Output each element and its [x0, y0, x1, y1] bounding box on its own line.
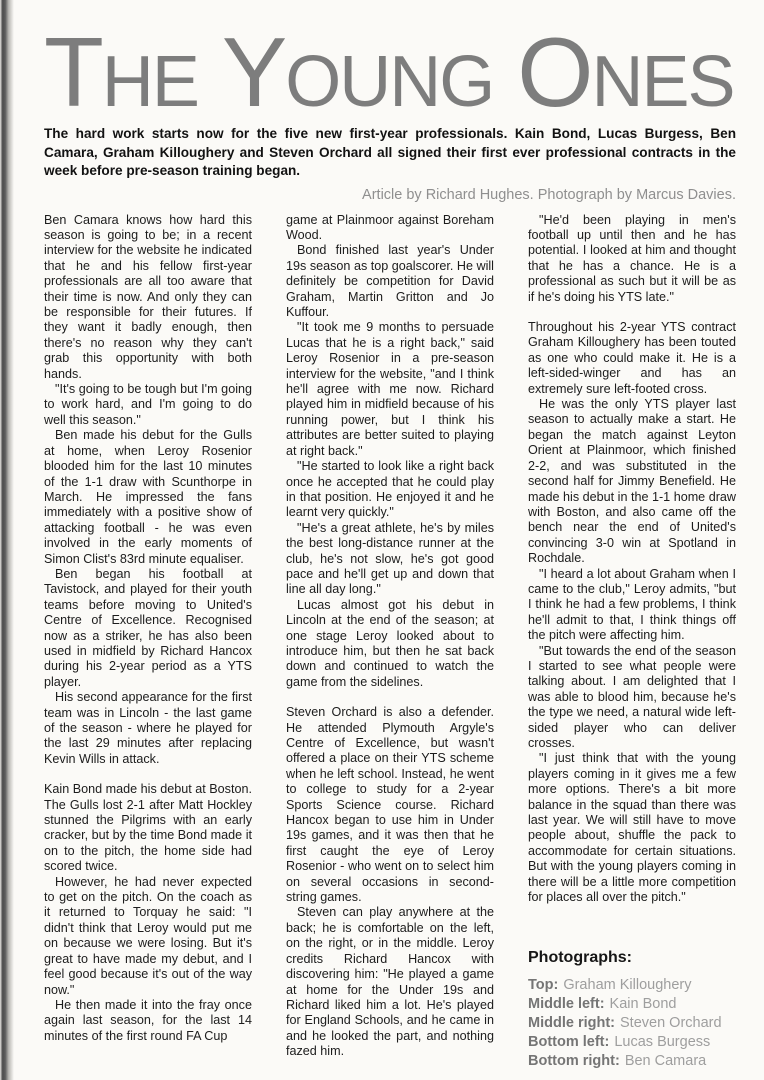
article-paragraph: Bond finished last year's Under 19s seas… — [286, 243, 494, 320]
article-paragraph: His second appearance for the first team… — [44, 690, 252, 767]
photo-credit-name: Graham Killoughery — [563, 977, 691, 993]
article-paragraph: Kain Bond made his debut at Boston. The … — [44, 782, 252, 874]
article-page: THEYOUNGONES The hard work starts now fo… — [0, 0, 764, 1071]
photo-credit-line: Middle right:Steven Orchard — [528, 1014, 736, 1033]
photo-credit-line: Bottom left:Lucas Burgess — [528, 1033, 736, 1052]
photo-credit-label: Bottom left: — [528, 1034, 609, 1050]
photo-credit-line: Top:Graham Killoughery — [528, 976, 736, 995]
photo-credit-label: Middle left: — [528, 996, 605, 1012]
intro-paragraph: The hard work starts now for the five ne… — [44, 125, 736, 181]
article-paragraph: Steven can play anywhere at the back; he… — [286, 905, 494, 1059]
photographs-heading: Photographs: — [528, 949, 736, 967]
article-paragraph: "He's a great athlete, he's by miles the… — [286, 521, 494, 598]
article-paragraph: Ben Camara knows how hard this season is… — [44, 213, 252, 382]
photographs-section: Photographs: Top:Graham Killoughery Midd… — [528, 949, 736, 1071]
photo-credit-label: Top: — [528, 977, 558, 993]
title-word-ones: ONES — [517, 93, 733, 110]
article-paragraph: He then made it into the fray once again… — [44, 998, 252, 1044]
photo-credit-name: Steven Orchard — [620, 1015, 722, 1031]
article-paragraph: However, he had never expected to get on… — [44, 875, 252, 998]
title-word-young: YOUNG — [222, 93, 493, 110]
title-word-the: THE — [44, 93, 198, 110]
photo-credit-label: Bottom right: — [528, 1053, 620, 1069]
page-title: THEYOUNGONES — [44, 26, 736, 119]
article-paragraph: "I heard a lot about Graham when I came … — [528, 567, 736, 644]
article-paragraph: He was the only YTS player last season t… — [528, 397, 736, 566]
article-paragraph: "I just think that with the young player… — [528, 751, 736, 905]
photo-credit-line: Bottom right:Ben Camara — [528, 1052, 736, 1071]
article-paragraph: Throughout his 2-year YTS contract Graha… — [528, 320, 736, 397]
byline: Article by Richard Hughes. Photograph by… — [44, 187, 736, 203]
article-columns: Ben Camara knows how hard this season is… — [44, 213, 736, 1072]
article-paragraph: "It took me 9 months to persuade Lucas t… — [286, 320, 494, 459]
article-column-1: Ben Camara knows how hard this season is… — [44, 213, 252, 1072]
photo-credit-name: Ben Camara — [625, 1053, 706, 1069]
article-column-2: game at Plainmoor against Boreham Wood. … — [286, 213, 494, 1072]
photo-credit-line: Middle left:Kain Bond — [528, 995, 736, 1014]
article-paragraph: "He started to look like a right back on… — [286, 459, 494, 521]
article-paragraph: Ben began his football at Tavistock, and… — [44, 567, 252, 690]
article-paragraph: game at Plainmoor against Boreham Wood. — [286, 213, 494, 244]
article-paragraph: Ben made his debut for the Gulls at home… — [44, 428, 252, 567]
scan-page-edge — [0, 0, 14, 1080]
article-paragraph: "He'd been playing in men's football up … — [528, 213, 736, 305]
article-paragraph: Lucas almost got his debut in Lincoln at… — [286, 598, 494, 690]
photo-credit-label: Middle right: — [528, 1015, 615, 1031]
article-column-3: "He'd been playing in men's football up … — [528, 213, 736, 1072]
photo-credit-name: Lucas Burgess — [614, 1034, 710, 1050]
photo-credit-name: Kain Bond — [610, 996, 677, 1012]
article-paragraph: "But towards the end of the season I sta… — [528, 644, 736, 752]
article-paragraph: "It's going to be tough but I'm going to… — [44, 382, 252, 428]
article-paragraph: Steven Orchard is also a defender. He at… — [286, 705, 494, 905]
